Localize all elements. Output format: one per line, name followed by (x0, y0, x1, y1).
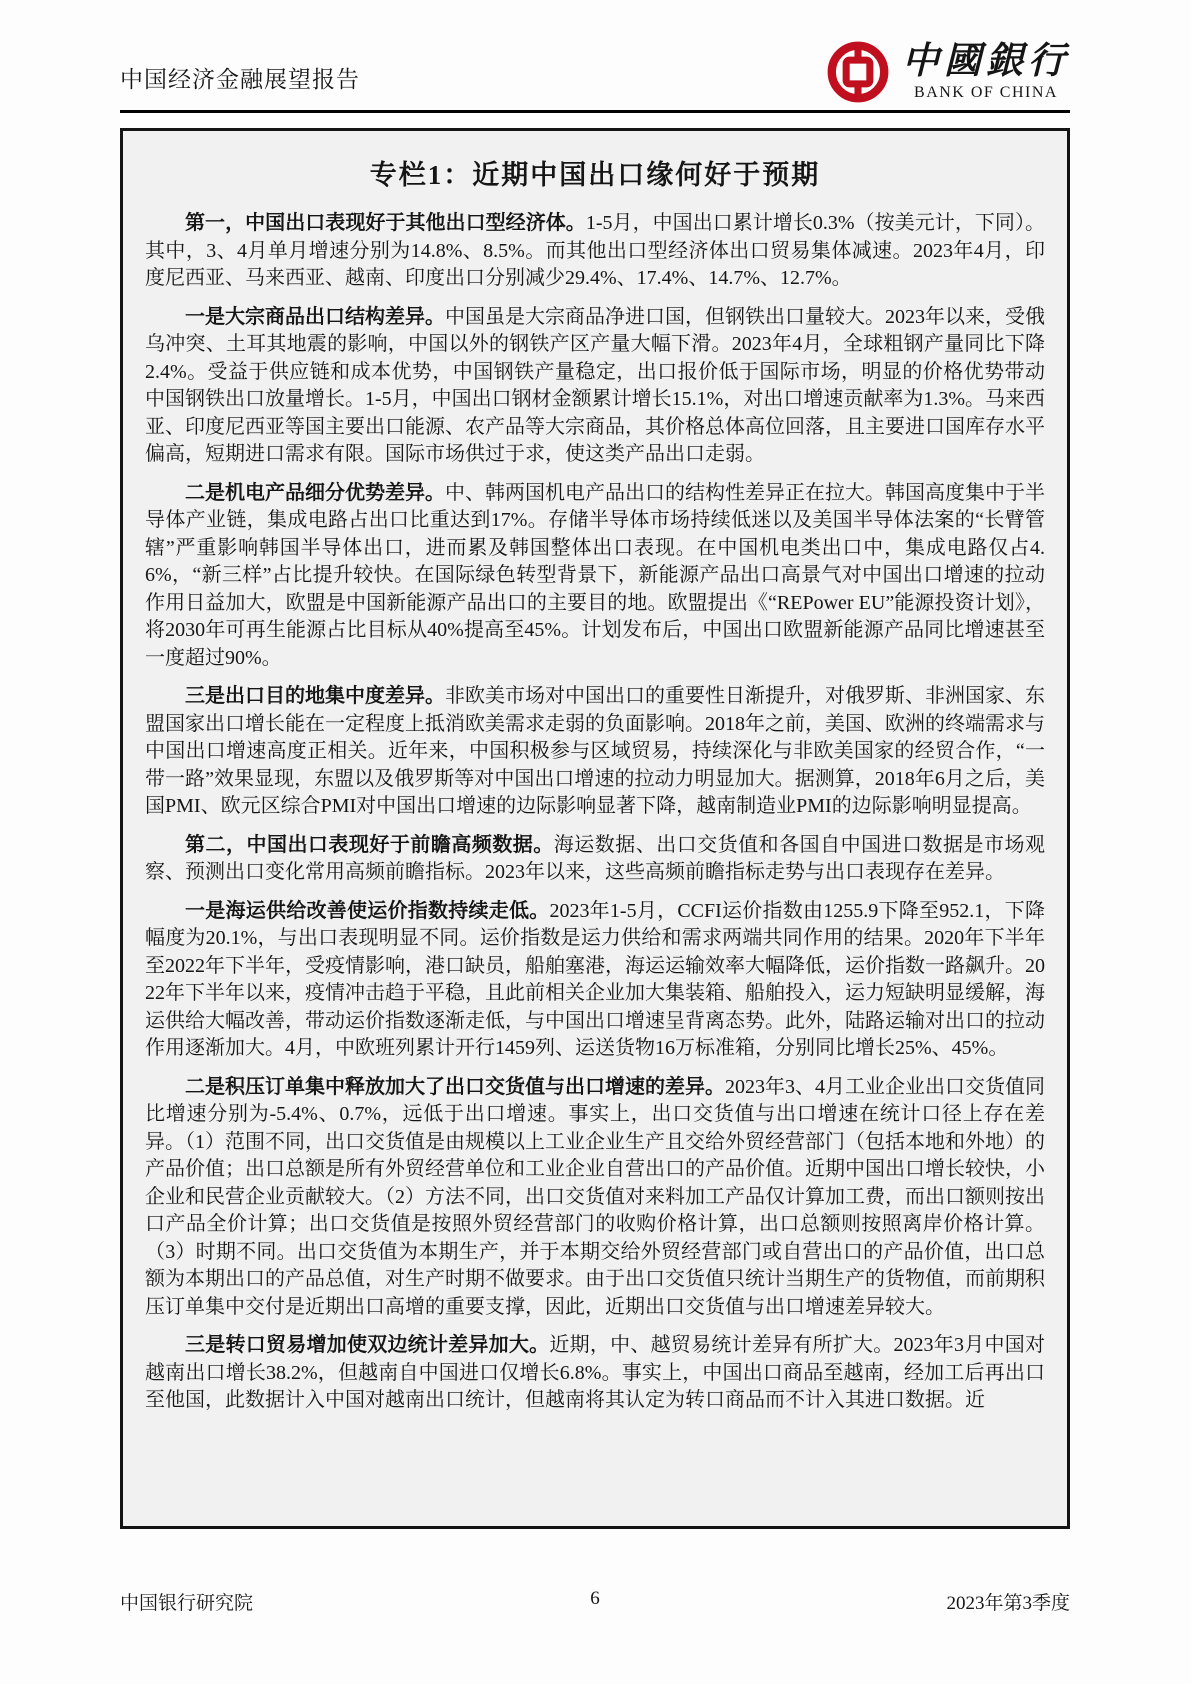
paragraph-5: 第二，中国出口表现好于前瞻高频数据。海运数据、出口交货值和各国自中国进口数据是市… (145, 832, 1045, 887)
bank-of-china-logo: 中國銀行 BANK OF CHINA (826, 40, 1070, 104)
paragraph-2-lead: 一是大宗商品出口结构差异。 (185, 306, 445, 328)
paragraph-6-text: 2023年1-5月，CCFI运价指数由1255.9下降至952.1，下降幅度为2… (145, 900, 1045, 1060)
column-1-box: 专栏1：近期中国出口缘何好于预期 第一，中国出口表现好于其他出口型经济体。1-5… (120, 128, 1070, 1529)
logo-english-name: BANK OF CHINA (914, 85, 1058, 101)
paragraph-7-text: 2023年3、4月工业企业出口交货值同比增速分别为-5.4%、0.7%，远低于出… (145, 1076, 1045, 1318)
footer-page-number: 6 (120, 1588, 1070, 1610)
paragraph-1-lead: 第一，中国出口表现好于其他出口型经济体。 (185, 212, 586, 234)
page-header: 中国经济金融展望报告 中國銀行 BANK OF CHINA (120, 0, 1070, 113)
paragraph-4-lead: 三是出口目的地集中度差异。 (185, 685, 445, 707)
paragraph-5-lead: 第二，中国出口表现好于前瞻高频数据。 (185, 834, 554, 856)
paragraph-2: 一是大宗商品出口结构差异。中国虽是大宗商品净进口国，但钢铁出口量较大。2023年… (145, 304, 1045, 469)
paragraph-6: 一是海运供给改善使运价指数持续走低。2023年1-5月，CCFI运价指数由125… (145, 898, 1045, 1063)
paragraph-6-lead: 一是海运供给改善使运价指数持续走低。 (185, 900, 549, 922)
paragraph-7-lead: 二是积压订单集中释放加大了出口交货值与出口增速的差异。 (185, 1076, 725, 1098)
page-content: 中国经济金融展望报告 中國銀行 BANK OF CHINA 专栏1：近期中国出口… (120, 0, 1070, 1529)
paragraph-1: 第一，中国出口表现好于其他出口型经济体。1-5月，中国出口累计增长0.3%（按美… (145, 210, 1045, 293)
column-title: 专栏1：近期中国出口缘何好于预期 (145, 153, 1045, 192)
logo-chinese-name: 中國銀行 (902, 43, 1070, 80)
footer-quarter: 2023年第3季度 (946, 1588, 1070, 1615)
paragraph-8-lead: 三是转口贸易增加使双边统计差异加大。 (185, 1334, 549, 1356)
paragraph-3-lead: 二是机电产品细分优势差异。 (185, 482, 445, 504)
paragraph-3: 二是机电产品细分优势差异。中、韩两国机电产品出口的结构性差异正在拉大。韩国高度集… (145, 480, 1045, 673)
paragraph-2-text: 中国虽是大宗商品净进口国，但钢铁出口量较大。2023年以来，受俄乌冲突、土耳其地… (145, 306, 1045, 466)
paragraph-4: 三是出口目的地集中度差异。非欧美市场对中国出口的重要性日渐提升，对俄罗斯、非洲国… (145, 683, 1045, 821)
report-series-title: 中国经济金融展望报告 (120, 61, 360, 104)
boc-coin-emblem-icon (826, 40, 890, 104)
paragraph-7: 二是积压订单集中释放加大了出口交货值与出口增速的差异。2023年3、4月工业企业… (145, 1074, 1045, 1322)
paragraph-8: 三是转口贸易增加使双边统计差异加大。近期，中、越贸易统计差异有所扩大。2023年… (145, 1332, 1045, 1415)
logo-wordmark: 中國銀行 BANK OF CHINA (902, 43, 1070, 101)
paragraph-3-text: 中、韩两国机电产品出口的结构性差异正在拉大。韩国高度集中于半导体产业链，集成电路… (145, 482, 1045, 669)
report-page: 中国经济金融展望报告 中國銀行 BANK OF CHINA 专栏1：近期中国出口… (0, 0, 1191, 1684)
